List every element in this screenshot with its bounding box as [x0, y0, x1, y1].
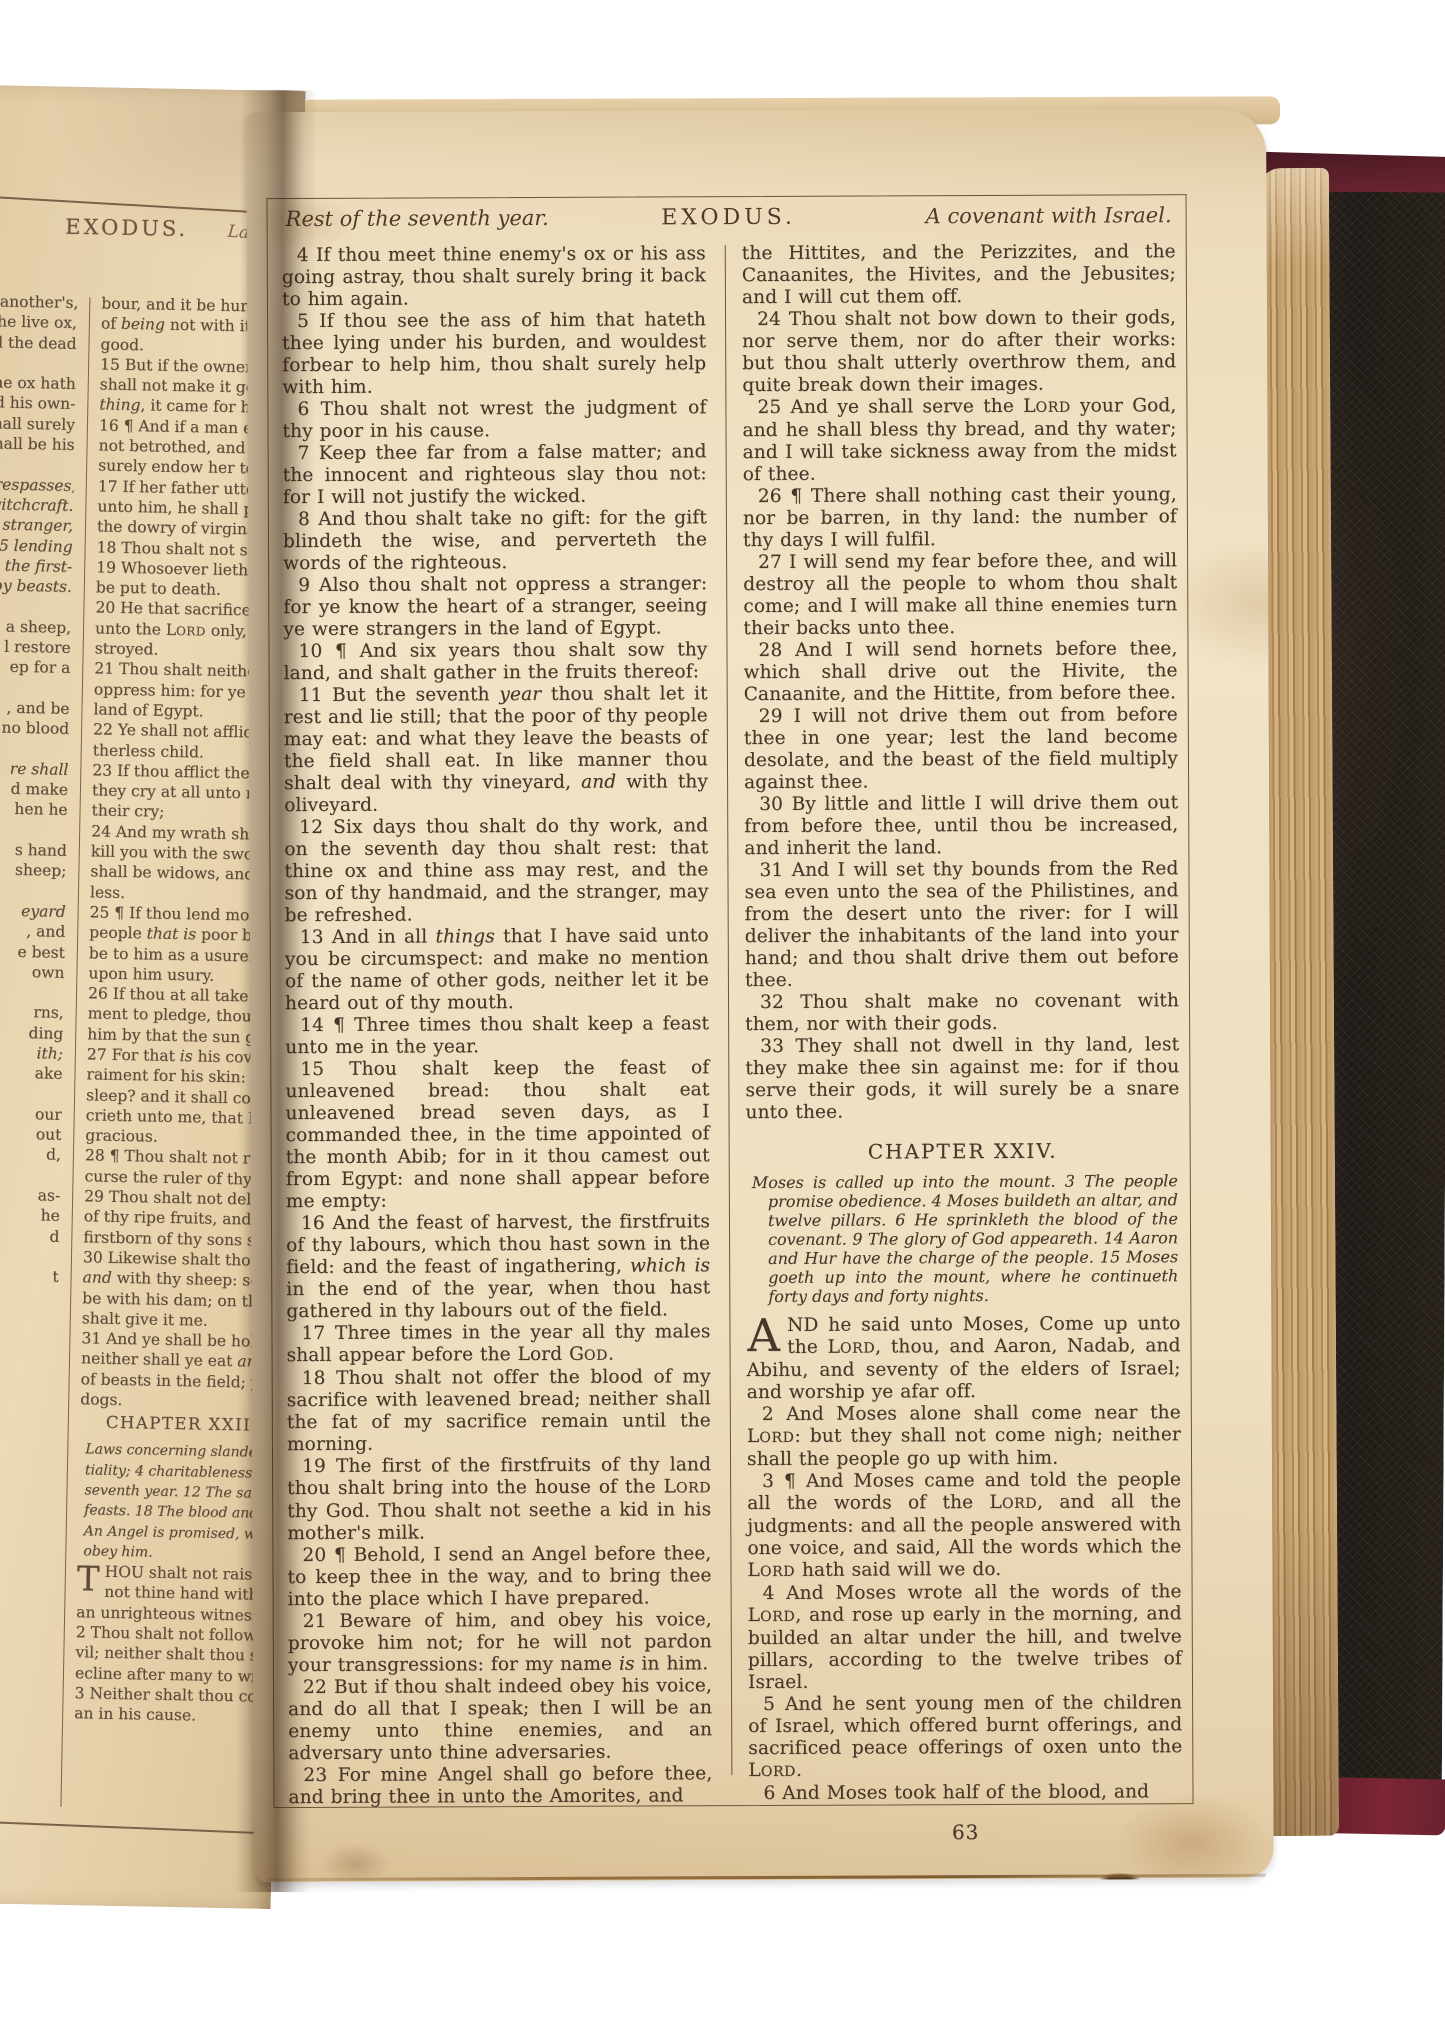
text-line-fragment: , and be — [0, 697, 70, 719]
drop-cap: A — [746, 1315, 787, 1354]
left-page-top-rule — [0, 195, 279, 214]
book-photo: EXODUS. Laws con rt another's,l the live… — [0, 0, 1445, 2023]
verse: 31 And I will set thy bounds from the Re… — [744, 858, 1179, 992]
column-divider-rule — [725, 245, 733, 1775]
text-line-fragment: e best — [0, 940, 65, 962]
verse: 7 Keep thee far from a false matter; and… — [283, 441, 707, 509]
text-line-fragment: he ox hath — [0, 372, 76, 394]
verse: 22 But if thou shalt indeed obey his voi… — [288, 1675, 712, 1765]
text-line-fragment: ith; — [0, 1042, 63, 1064]
verse: 2 And Moses alone shall come near the Lo… — [747, 1402, 1181, 1471]
page-border-frame: Rest of the seventh year. EXODUS. A cove… — [267, 194, 1194, 1808]
chapter-heading: CHAPTER XXIII. — [79, 1410, 274, 1444]
text-line-fragment: nd the dead — [0, 332, 77, 354]
verse: 16 And the feast of harvest, the firstfr… — [286, 1211, 710, 1323]
text-line-fragment: a sheep, — [0, 616, 71, 638]
left-page-bottom-rule — [0, 1819, 258, 1833]
verse: 23 For mine Angel shall go before thee, … — [288, 1763, 712, 1809]
text-line-fragment: 25 lending — [0, 535, 73, 557]
text-line-fragment — [0, 1164, 61, 1186]
left-page-left-column-fragments: rt another's,l the live ox,nd the dead h… — [0, 291, 78, 1287]
text-line-fragment: ep for a — [0, 656, 70, 678]
drop-cap: T — [77, 1561, 105, 1595]
verse: 10 ¶ And six years thou shalt sow thy la… — [283, 639, 707, 685]
chapter-summary: Moses is called up into the mount. 3 The… — [752, 1171, 1179, 1306]
text-line-fragment: he stranger, — [0, 514, 73, 536]
text-line-fragment: l the live ox, — [0, 311, 77, 333]
verse: 5 And he sent young men of the children … — [748, 1692, 1182, 1783]
text-line-fragment: rt another's, — [0, 291, 78, 313]
text-line-fragment: ake — [0, 1062, 63, 1084]
text-line-fragment — [0, 981, 64, 1003]
exodus-23-left-column: 4 If thou meet thine enemy's ox or his a… — [282, 243, 713, 1847]
verse: 6 Thou shalt not wrest the judgment of t… — [282, 397, 706, 443]
text-line-fragment: out — [0, 1123, 62, 1145]
verse: 17 Three times in the year all thy males… — [286, 1321, 710, 1368]
verse: 14 ¶ Three times thou shalt keep a feast… — [285, 1013, 709, 1059]
verse: the Hittites, and the Perizzites, and th… — [742, 241, 1176, 309]
verse: 15 Thou shalt keep the feast of unleaven… — [285, 1057, 710, 1213]
right-page: Rest of the seventh year. EXODUS. A cove… — [246, 108, 1274, 1882]
verse: 20 ¶ Behold, I send an Angel before thee… — [287, 1543, 711, 1611]
text-line-fragment: dogs. — [80, 1389, 274, 1413]
exodus-23-right-column: the Hittites, and the Perizzites, and th… — [742, 241, 1180, 1124]
text-line-fragment: an in his cause. — [74, 1703, 268, 1727]
verse: 6 And Moses took half of the blood, and — [748, 1781, 1182, 1805]
text-line-fragment: hall be his — [0, 433, 75, 455]
text-line-fragment: as- — [0, 1184, 60, 1206]
page-number: 63 — [749, 1819, 1183, 1845]
verse: 28 And I will send hornets before thee, … — [743, 638, 1177, 706]
chapter-heading: CHAPTER XXIV. — [746, 1138, 1180, 1164]
text-line-fragment — [0, 352, 76, 374]
text-line-fragment: not thine hand with the wick — [104, 1582, 271, 1605]
text-line-fragment: our — [0, 1103, 62, 1125]
text-line-fragment: s by beasts. — [0, 575, 72, 597]
verse: AND he said unto Moses, Come up unto the… — [746, 1313, 1180, 1404]
verse: 29 I will not drive them out from before… — [744, 704, 1178, 794]
text-line-fragment: s hand — [0, 839, 67, 861]
running-head-left: Rest of the seventh year. — [286, 206, 549, 231]
text-line-fragment: l restore — [0, 636, 71, 658]
verse: 18 Thou shalt not offer the blood of my … — [287, 1366, 711, 1456]
right-column: the Hittites, and the Perizzites, and th… — [742, 241, 1183, 1845]
text-line-fragment — [0, 1245, 59, 1267]
text-line-fragment: ding — [0, 1022, 63, 1044]
verse: 12 Six days thou shalt do thy work, and … — [284, 815, 708, 927]
text-line-fragment: he — [0, 1204, 60, 1226]
text-line-fragment: d his own- — [0, 393, 76, 415]
text-line-fragment — [0, 595, 72, 617]
verse: 27 I will send my fear before thee, and … — [743, 550, 1177, 640]
text-line-fragment: f trespasses, — [0, 474, 74, 496]
text-line-fragment — [0, 453, 74, 475]
text-line-fragment: d make — [0, 778, 68, 800]
text-line-fragment: own — [0, 961, 65, 983]
text-line-fragment: no blood — [0, 717, 69, 739]
running-head-book-title: EXODUS. — [661, 205, 796, 231]
text-line-fragment — [0, 880, 66, 902]
verse: 33 They shall not dwell in thy land, les… — [745, 1034, 1179, 1124]
text-line-fragment — [0, 1083, 62, 1105]
text-line-fragment: shall surely — [0, 413, 75, 435]
verse: 32 Thou shalt make no covenant with them… — [745, 990, 1179, 1036]
text-line-fragment: t — [0, 1265, 59, 1287]
text-line-fragment: witchcraft. — [0, 494, 74, 516]
text-line-fragment: , and — [0, 920, 65, 942]
text-columns: 4 If thou meet thine enemy's ox or his a… — [282, 241, 1183, 1847]
text-line-fragment: d, — [0, 1143, 61, 1165]
verse: 25 And ye shall serve the Lord your God,… — [742, 395, 1176, 486]
text-line-fragment: to the first- — [0, 555, 72, 577]
verse: 5 If thou see the ass of him that hateth… — [282, 309, 706, 399]
verse: 30 By little and little I will drive the… — [744, 792, 1178, 860]
exodus-24-verses: AND he said unto Moses, Come up unto the… — [746, 1313, 1182, 1805]
verse: 26 ¶ There shall nothing cast their youn… — [743, 484, 1177, 552]
running-head: Rest of the seventh year. EXODUS. A cove… — [286, 203, 1172, 239]
chapter-23-opening: THOU shalt not raise a false renot thine… — [74, 1561, 271, 1727]
verse: 24 Thou shalt not bow down to their gods… — [742, 307, 1176, 397]
text-line-fragment: rns, — [0, 1001, 64, 1023]
verse: 19 The first of the firstfruits of thy l… — [287, 1454, 711, 1545]
verse: 11 But the seventh year thou shalt let i… — [284, 683, 709, 817]
left-page-book-title: EXODUS. — [17, 214, 237, 242]
text-line-fragment: re shall — [0, 758, 69, 780]
verse: 21 Beware of him, and obey his voice, pr… — [288, 1609, 712, 1677]
verse: 4 And Moses wrote all the words of the L… — [748, 1581, 1182, 1694]
text-line-fragment: sheep; — [0, 859, 67, 881]
text-line-fragment: d — [0, 1225, 60, 1247]
page-edge-wear-mark — [1092, 1868, 1148, 1879]
text-line-fragment — [0, 738, 69, 760]
text-line-fragment: eyard — [0, 900, 66, 922]
text-line-fragment: hen he — [0, 798, 68, 820]
verse: 9 Also thou shalt not oppress a stranger… — [283, 573, 707, 641]
text-line-fragment — [0, 819, 67, 841]
text-line-fragment — [0, 677, 70, 699]
verse: 3 ¶ And Moses came and told the people a… — [747, 1469, 1181, 1583]
running-head-right: A covenant with Israel. — [926, 203, 1172, 228]
verse: 8 And thou shalt take no gift: for the g… — [283, 507, 707, 575]
verse: 13 And in all things that I have said un… — [285, 925, 709, 1015]
verse: 4 If thou meet thine enemy's ox or his a… — [282, 243, 706, 311]
